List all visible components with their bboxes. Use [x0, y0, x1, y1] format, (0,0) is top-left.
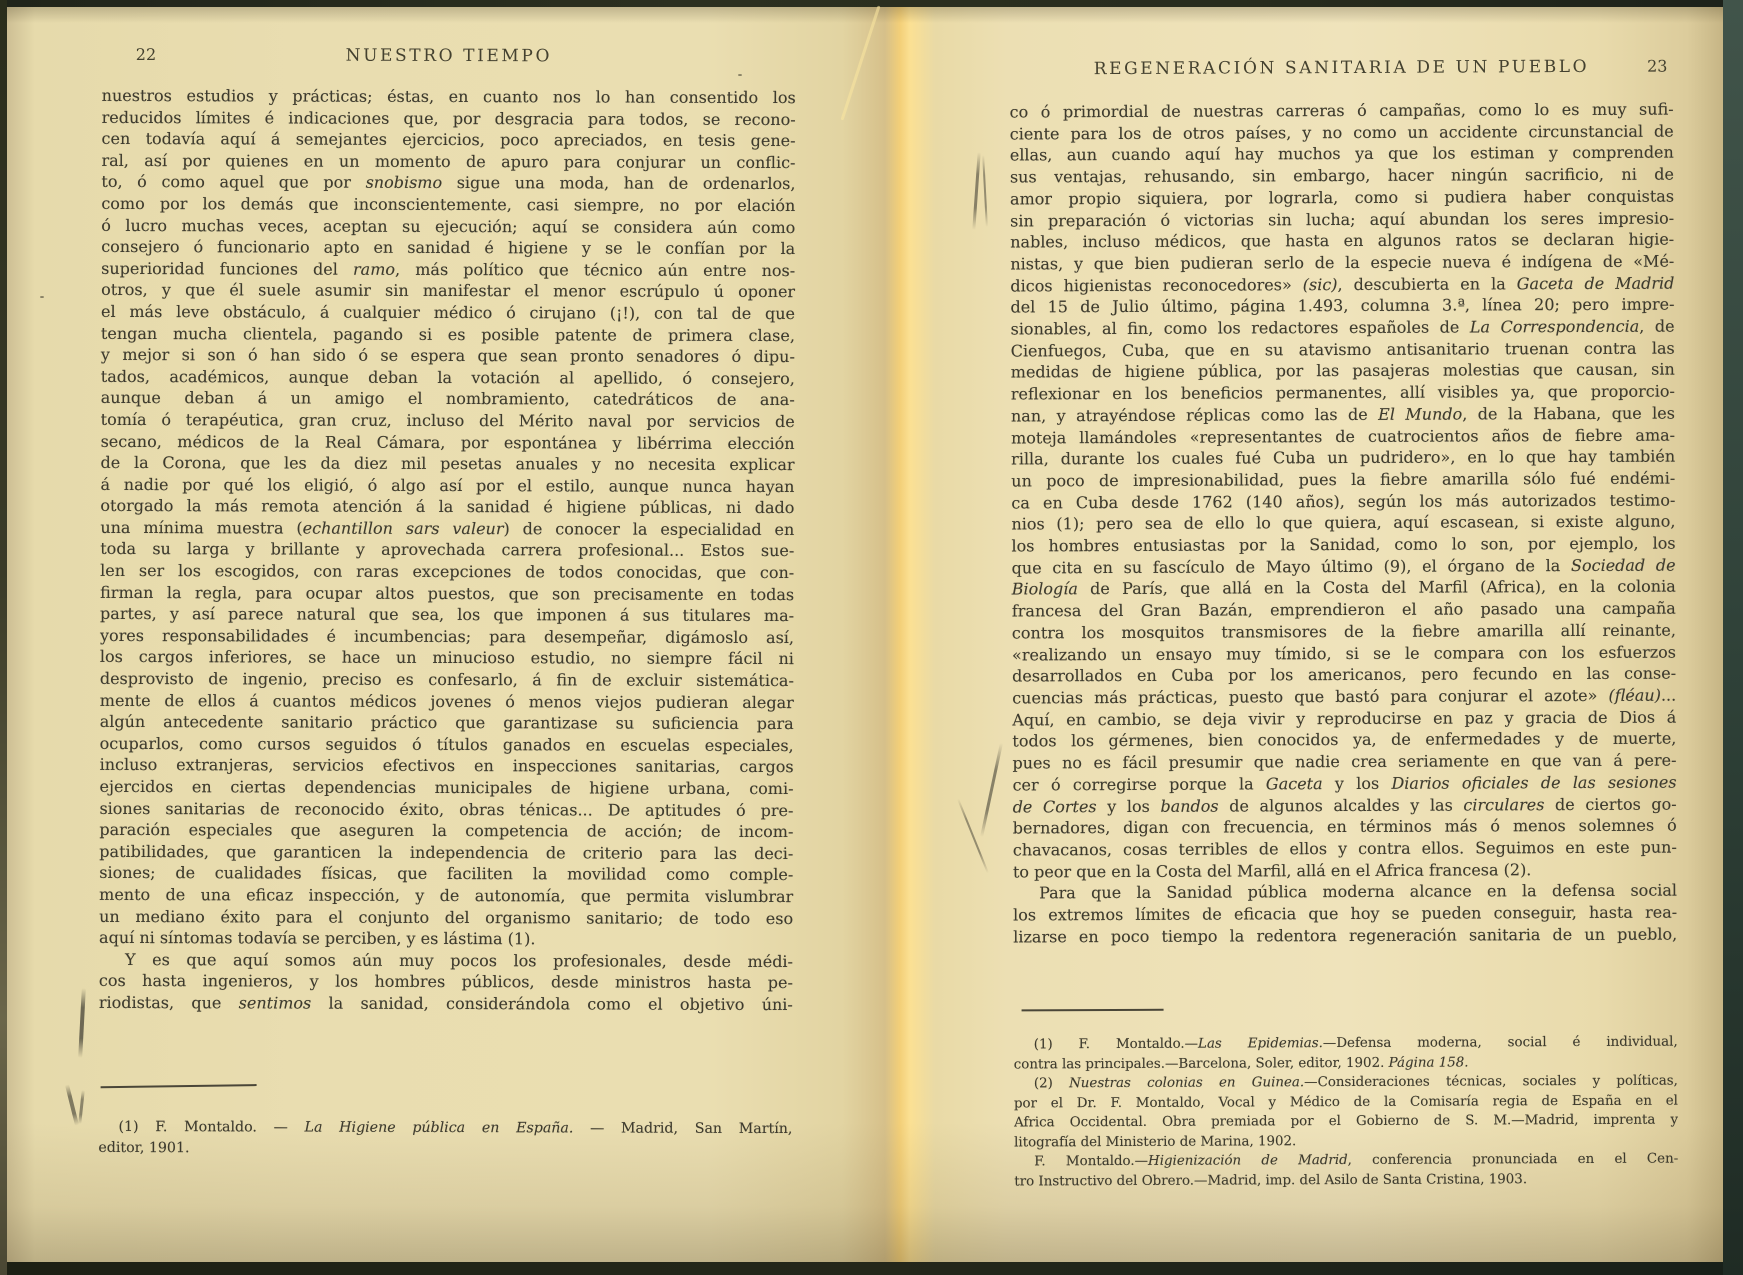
text-line: Aquí, en cambio, se deja vivir y reprodu…	[1012, 706, 1676, 731]
text-line: los hombres entusiastas por la Sanidad, …	[1011, 533, 1675, 558]
text-line: rilla, durante los cuales fué Cuba un pu…	[1011, 446, 1675, 471]
text-line: (1) F. Montaldo. — La Higiene pública en…	[98, 1117, 792, 1140]
text-line: del 15 de Julio último, página 1.493, co…	[1010, 294, 1674, 319]
text-line: secano, médicos de la Real Cámara, por e…	[101, 430, 795, 454]
right-page-header: REGENERACIÓN SANITARIA DE UN PUEBLO 23	[1009, 57, 1673, 84]
text-line: un poco de impresionabilidad, pues la fi…	[1011, 468, 1675, 493]
running-head-right: REGENERACIÓN SANITARIA DE UN PUEBLO	[1009, 57, 1673, 80]
text-line: Africa Occidental. Obra premiada por el …	[1014, 1111, 1678, 1133]
text-line: contra los mosquitos transmisores de la …	[1012, 619, 1676, 644]
text-line: yores responsabilidades é incumbencias; …	[100, 625, 794, 649]
text-line: ca en Cuba desde 1762 (140 años), según …	[1011, 489, 1675, 514]
running-head-left: NUESTRO TIEMPO	[102, 45, 796, 67]
footnotes-left: (1) F. Montaldo. — La Higiene pública en…	[98, 1117, 792, 1160]
text-line: chavacanos, cosas terribles de ellos y c…	[1013, 836, 1677, 861]
text-line: to, ó como aquel que por snobismo sigue …	[101, 171, 795, 195]
text-line: siones sanitarias de reconocido éxito, o…	[99, 798, 793, 822]
text-line: patibilidades, que garanticen la indepen…	[99, 841, 793, 865]
text-line: nistas, y que bien pudieran serlo de la …	[1010, 250, 1674, 275]
text-line: los extremos límites de eficacia que hoy…	[1013, 902, 1677, 927]
text-line: editor, 1901.	[98, 1137, 792, 1160]
paper-speck	[40, 296, 44, 298]
text-line: «realizando un ensayo muy tímido, si se …	[1012, 641, 1676, 666]
paper-speck	[738, 74, 742, 76]
text-line: riodistas, que sentimos la sanidad, cons…	[99, 992, 793, 1016]
text-line: dicos higienistas reconocedores» (sic), …	[1010, 272, 1674, 297]
text-line: desprovisto de ingenio, preciso es confe…	[100, 668, 794, 692]
text-line: bernadores, digan con frecuencia, en tér…	[1013, 815, 1677, 840]
text-line: siones; de cualidades físicas, que facil…	[99, 862, 793, 886]
text-line: los cargos inferiores, se hace un minuci…	[100, 646, 794, 670]
text-line: mento de una eficaz inspección, y de aut…	[99, 884, 793, 908]
text-line: algún antecedente sanitario práctico que…	[100, 711, 794, 735]
text-line: cen todavía aquí á semejantes ejercicios…	[102, 128, 796, 152]
text-line: (2) Nuestras colonias en Guinea.—Conside…	[1014, 1072, 1678, 1094]
text-line: pues no es fácil presumir que nadie crea…	[1012, 750, 1676, 775]
left-page-header: 22 NUESTRO TIEMPO	[102, 45, 796, 71]
text-line: len ser los escogidos, con raras excepci…	[100, 560, 794, 584]
book-cover-edge-right	[1723, 0, 1743, 1275]
text-line: aunque deban á un amigo el nombramiento,…	[101, 387, 795, 411]
text-line: nuestros estudios y prácticas; éstas, en…	[102, 85, 796, 109]
text-line: incluso extranjeras, servicios efectivos…	[100, 754, 794, 778]
footnote-separator-right	[1022, 1009, 1164, 1012]
text-line: moteja llamándoles «representantes de cu…	[1011, 424, 1675, 449]
text-line: á nadie por qué los eligió, ó algo así p…	[100, 474, 794, 498]
book-cover-edge-bottom	[0, 1262, 1743, 1275]
text-line: mente de ellos á cuantos médicos jovenes…	[100, 690, 794, 714]
text-line: paración especiales que aseguren la comp…	[99, 819, 793, 843]
text-line: tro Instructivo del Obrero.—Madrid, imp.…	[1014, 1169, 1678, 1191]
text-line: Para que la Sanidad pública moderna alca…	[1013, 880, 1677, 905]
text-line: ral, así por quienes en un momento de ap…	[101, 150, 795, 174]
text-line: F. Montaldo.—Higienización de Madrid, co…	[1014, 1150, 1678, 1172]
text-line: reducidos límites é indicaciones que, po…	[102, 107, 796, 131]
text-line: consejero ó funcionario apto en sanidad …	[101, 236, 795, 260]
text-line: ejercidos en ciertas dependencias munici…	[99, 776, 793, 800]
text-line: que cita en su fascículo de Mayo último …	[1012, 554, 1676, 579]
text-line: partes, y así parece natural que sea, lo…	[100, 603, 794, 627]
body-text-right: co ó primordial de nuestras carreras ó c…	[1010, 99, 1678, 948]
text-line: otorgado la más remota atención á la san…	[100, 495, 794, 519]
text-line: nables, incluso médicos, que hasta en al…	[1010, 229, 1674, 254]
text-line: desarrollados en Cuba por los americanos…	[1012, 663, 1676, 688]
text-line: reflexionar en los beneficios permanente…	[1011, 381, 1675, 406]
text-line: como por los demás que inconscientemente…	[101, 193, 795, 217]
text-line: de la Corona, que les da diez mil peseta…	[101, 452, 795, 476]
text-line: un mediano éxito para el conjunto del or…	[99, 905, 793, 929]
text-line: aquí ni síntomas todavía se perciben, y …	[99, 927, 793, 951]
text-line: sin preparación ó victorias sin lucha; a…	[1010, 207, 1674, 232]
footnote-separator-left	[101, 1084, 257, 1088]
text-line: francesa del Gran Bazán, emprendieron el…	[1012, 598, 1676, 623]
text-line: firman la regla, para ocupar altos puest…	[100, 582, 794, 606]
text-line: cos hasta ingenieros, y los hombres públ…	[99, 970, 793, 994]
book-cover-edge-left	[0, 0, 7, 1275]
text-line: sus ventajas, rehusando, sin embargo, ha…	[1010, 164, 1674, 189]
text-line: (1) F. Montaldo.—Las Epidemias.—Defensa …	[1014, 1033, 1678, 1055]
right-page: REGENERACIÓN SANITARIA DE UN PUEBLO 23 c…	[1009, 57, 1678, 1250]
text-line: todos los gérmenes, bien conocidos ya, d…	[1012, 728, 1676, 753]
text-line: co ó primordial de nuestras carreras ó c…	[1010, 99, 1674, 124]
page-number-right: 23	[1647, 57, 1667, 76]
text-line: Y es que aquí somos aún muy pocos los pr…	[99, 949, 793, 973]
text-line: ó lucro muchas veces, aceptan su ejecuci…	[101, 214, 795, 238]
text-line: nan, y atrayéndose réplicas como las de …	[1011, 402, 1675, 427]
text-line: cer ó corregirse porque la Gaceta y los …	[1013, 771, 1677, 796]
book-spread-scan: 22 NUESTRO TIEMPO nuestros estudios y pr…	[0, 0, 1743, 1275]
text-line: lizarse en poco tiempo la redentora rege…	[1013, 923, 1677, 948]
text-line: medidas de higiene pública, por las pasa…	[1011, 359, 1675, 384]
text-line: Cienfuegos, Cuba, que en su atavismo ant…	[1011, 337, 1675, 362]
text-line: amor propio siquiera, por lograrla, como…	[1010, 185, 1674, 210]
book-cover-edge-top	[0, 0, 1743, 7]
text-line: ciente para los de otros países, y no co…	[1010, 120, 1674, 145]
text-line: tados, académicos, aunque deban la votac…	[101, 366, 795, 390]
paper-shadow-top	[7, 7, 1723, 23]
text-line: sionables, al fin, como los redactores e…	[1011, 316, 1675, 341]
text-line: tomía ó terapéutica, gran cruz, incluso …	[101, 409, 795, 433]
text-line: superioridad funciones del ramo, más pol…	[101, 258, 795, 282]
text-line: ellas, aun cuando aquí hay muchos ya que…	[1010, 142, 1674, 167]
text-line: Biología de París, que allá en la Costa …	[1012, 576, 1676, 601]
text-line: el más leve obstáculo, á cualquier médic…	[101, 301, 795, 325]
text-line: otros, y que él suele asumir sin manifes…	[101, 279, 795, 303]
text-line: toda su larga y brillante y aprovechada …	[100, 538, 794, 562]
text-line: ocuparlos, como cursos seguidos ó título…	[100, 733, 794, 757]
text-line: una mínima muestra (echantillon sars val…	[100, 517, 794, 541]
text-line: de Cortes y los bandos de algunos alcald…	[1013, 793, 1677, 818]
text-line: y mejor si son ó han sido ó se espera qu…	[101, 344, 795, 368]
text-line: to peor que en la Costa del Marfil, allá…	[1013, 858, 1677, 883]
text-line: tengan mucha clientela, pagando si es po…	[101, 322, 795, 346]
body-text-left: nuestros estudios y prácticas; éstas, en…	[99, 85, 796, 1016]
text-line: cuencias más prácticas, puesto que bastó…	[1012, 685, 1676, 710]
left-page: 22 NUESTRO TIEMPO nuestros estudios y pr…	[98, 45, 796, 1227]
text-line: nios (1); pero sea de ello lo que quiera…	[1011, 511, 1675, 536]
page-number-left: 22	[136, 45, 156, 64]
footnotes-right: (1) F. Montaldo.—Las Epidemias.—Defensa …	[1014, 1033, 1679, 1192]
